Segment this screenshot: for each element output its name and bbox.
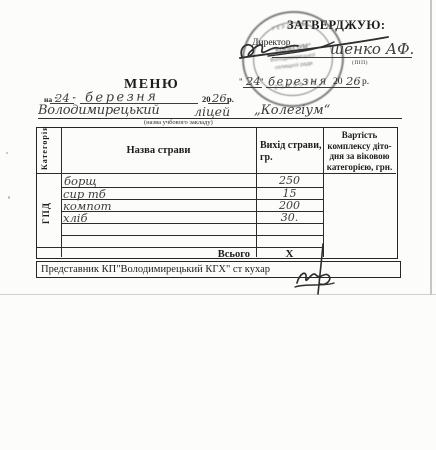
category-value: ГПД [41,190,56,236]
menu-table: Категорія Назва страви Вихід страви, гр.… [36,127,398,259]
scan-speck [8,196,10,199]
approve-date-day: 24 [246,74,261,88]
approve-date-century: 20 [333,77,343,87]
director-signature-name: шенко АФ. [330,40,414,58]
school-name-part2: ліцей [194,104,230,119]
school-name-part3: „Колегіум“ [254,103,330,118]
signature-line [272,57,412,58]
approve-label: ЗАТВЕРДЖУЮ: [287,18,385,33]
total-label: Всього [137,249,250,260]
scan-speck [6,152,8,154]
school-name-part1: Володимирецький [38,103,159,118]
header-cost-line4: категорією, грн. [323,162,396,172]
representative-box: Представник КП"Володимирецький КГХ" ст к… [36,261,401,278]
representative-text: Представник КП"Володимирецький КГХ" ст к… [41,264,270,275]
header-cost-line3: дня за віковою [323,151,396,161]
menu-date-suffix: р. [227,94,234,104]
approve-date-month-line [266,87,360,88]
cook-signature-scribble [292,242,340,297]
header-cost-line2: комплексу діто- [323,141,396,151]
dish-name: хліб [63,211,88,225]
table-row-line-5 [61,235,323,236]
header-dish: Назва страви [61,145,256,156]
header-cost-line1: Вартість [323,130,396,140]
approve-date-open-quote: " [239,77,243,87]
dish-output: 250 [256,174,323,187]
approve-date-year: 26 [346,74,361,88]
scan-fold-line [0,294,436,295]
header-output-line1: Вихід страви, [260,140,321,151]
approve-date-day-line [243,87,262,88]
school-name-line [38,118,402,119]
dish-output: 30. [256,211,323,224]
page-edge-line [430,0,432,295]
approve-date-suffix: р. [362,77,369,87]
header-output-line2: гр. [260,152,273,163]
dish-name: борщ [64,174,97,188]
scanned-menu-document: ЗАТВЕРДЖУЮ: Директор УКРАЇНА "КОЛЕГІУМ" … [0,0,436,450]
school-name-caption: (назва учбового закладу) [144,119,213,126]
approve-date-close-quote: " [260,77,264,87]
header-category: Категорія [40,132,56,170]
